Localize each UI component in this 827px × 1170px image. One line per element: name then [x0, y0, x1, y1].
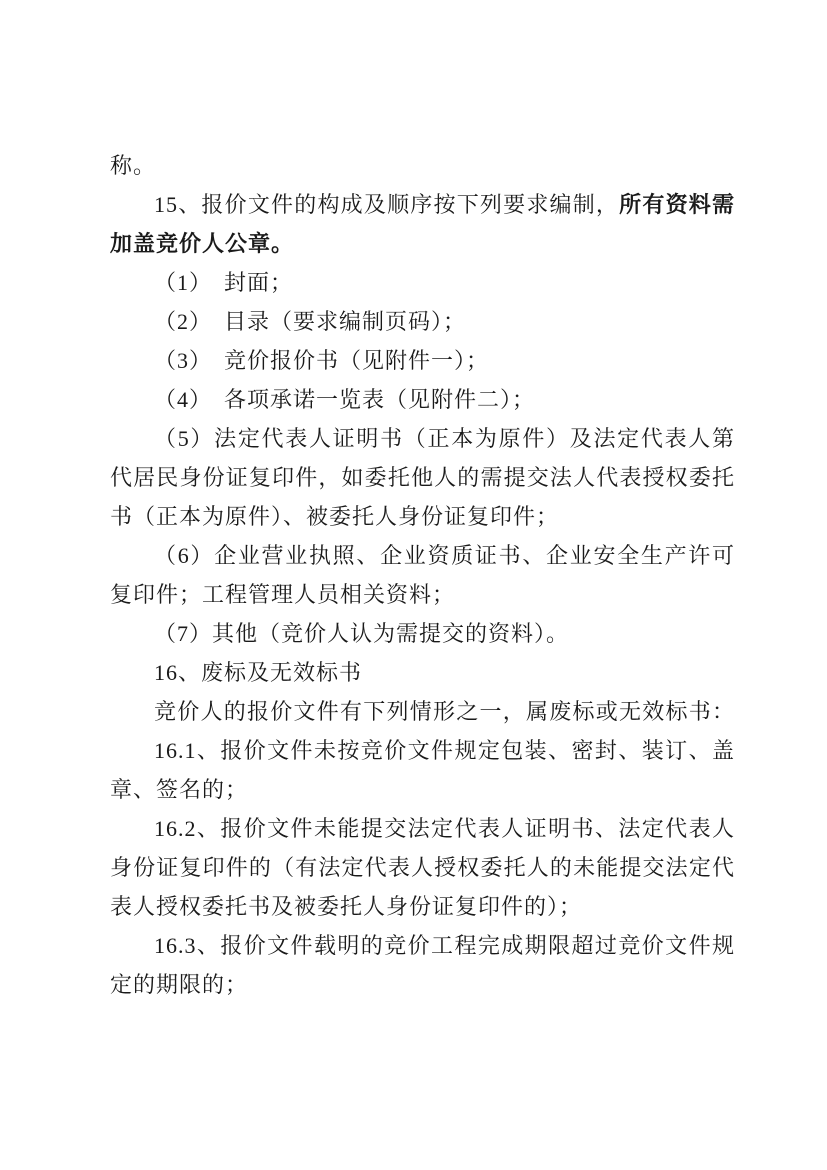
line-text: 定的期限的；: [110, 972, 248, 997]
text-line: 16.2、报价文件未能提交法定代表人证明书、法定代表人: [110, 809, 735, 848]
line-text: 复印件；工程管理人员相关资料；: [110, 582, 455, 607]
text-line: （4） 各项承诺一览表（见附件二）；: [110, 380, 735, 419]
line-text: 称。: [110, 153, 156, 178]
text-line: 16.3、报价文件载明的竞价工程完成期限超过竞价文件规: [110, 926, 735, 965]
text-line: （6）企业营业执照、企业资质证书、企业安全生产许可证: [110, 536, 735, 575]
line-text: 书（正本为原件）、被委托人身份证复印件；: [110, 504, 559, 529]
line-text: 章、签名的；: [110, 777, 248, 802]
text-line: 代居民身份证复印件，如委托他人的需提交法人代表授权委托: [110, 458, 735, 497]
text-line: 复印件；工程管理人员相关资料；: [110, 575, 735, 614]
line-bold-text: 加盖竞价人公章。: [110, 231, 294, 256]
text-line: 定的期限的；: [110, 965, 735, 1004]
text-line: 16.1、报价文件未按竞价文件规定包装、密封、装订、盖: [110, 731, 735, 770]
text-line: 章、签名的；: [110, 770, 735, 809]
line-text: （5）法定代表人证明书（正本为原件）及法定代表人第二: [110, 426, 735, 458]
line-text: （4） 各项承诺一览表（见附件二）；: [154, 387, 535, 412]
line-text: （1） 封面；: [154, 270, 293, 295]
text-line: 称。: [110, 146, 735, 185]
line-text: 16.2、报价文件未能提交法定代表人证明书、法定代表人: [154, 816, 735, 841]
line-text: 身份证复印件的（有法定代表人授权委托人的未能提交法定代: [110, 855, 735, 880]
line-text: 表人授权委托书及被委托人身份证复印件的）；: [110, 894, 582, 919]
text-line: 16、废标及无效标书: [110, 653, 735, 692]
document-page: 称。 15、报价文件的构成及顺序按下列要求编制，所有资料需 加盖竞价人公章。 （…: [0, 0, 827, 1170]
text-line: （1） 封面；: [110, 263, 735, 302]
text-line: 加盖竞价人公章。: [110, 224, 735, 263]
line-text: 竞价人的报价文件有下列情形之一，属废标或无效标书：: [154, 699, 735, 724]
text-line: （5）法定代表人证明书（正本为原件）及法定代表人第二: [110, 419, 735, 458]
line-text: （7）其他（竞价人认为需提交的资料）。: [154, 621, 569, 646]
document-text-block: 称。 15、报价文件的构成及顺序按下列要求编制，所有资料需 加盖竞价人公章。 （…: [110, 146, 735, 1004]
line-text: 代居民身份证复印件，如委托他人的需提交法人代表授权委托: [110, 465, 735, 490]
line-text: 16、废标及无效标书: [154, 660, 362, 685]
line-text: （2） 目录（要求编制页码）；: [154, 309, 466, 334]
line-text: 16.1、报价文件未按竞价文件规定包装、密封、装订、盖: [154, 738, 735, 763]
text-line: （3） 竞价报价书（见附件一）；: [110, 341, 735, 380]
line-bold-text: 所有资料需: [619, 192, 735, 217]
line-text: 15、报价文件的构成及顺序按下列要求编制，: [154, 192, 619, 217]
text-line: （7）其他（竞价人认为需提交的资料）。: [110, 614, 735, 653]
text-line: 身份证复印件的（有法定代表人授权委托人的未能提交法定代: [110, 848, 735, 887]
text-line: 表人授权委托书及被委托人身份证复印件的）；: [110, 887, 735, 926]
line-text: 16.3、报价文件载明的竞价工程完成期限超过竞价文件规: [154, 933, 735, 958]
line-text: （6）企业营业执照、企业资质证书、企业安全生产许可证: [110, 543, 735, 575]
text-line: 竞价人的报价文件有下列情形之一，属废标或无效标书：: [110, 692, 735, 731]
text-line: 书（正本为原件）、被委托人身份证复印件；: [110, 497, 735, 536]
text-line: （2） 目录（要求编制页码）；: [110, 302, 735, 341]
line-text: （3） 竞价报价书（见附件一）；: [154, 348, 489, 373]
text-line: 15、报价文件的构成及顺序按下列要求编制，所有资料需: [110, 185, 735, 224]
